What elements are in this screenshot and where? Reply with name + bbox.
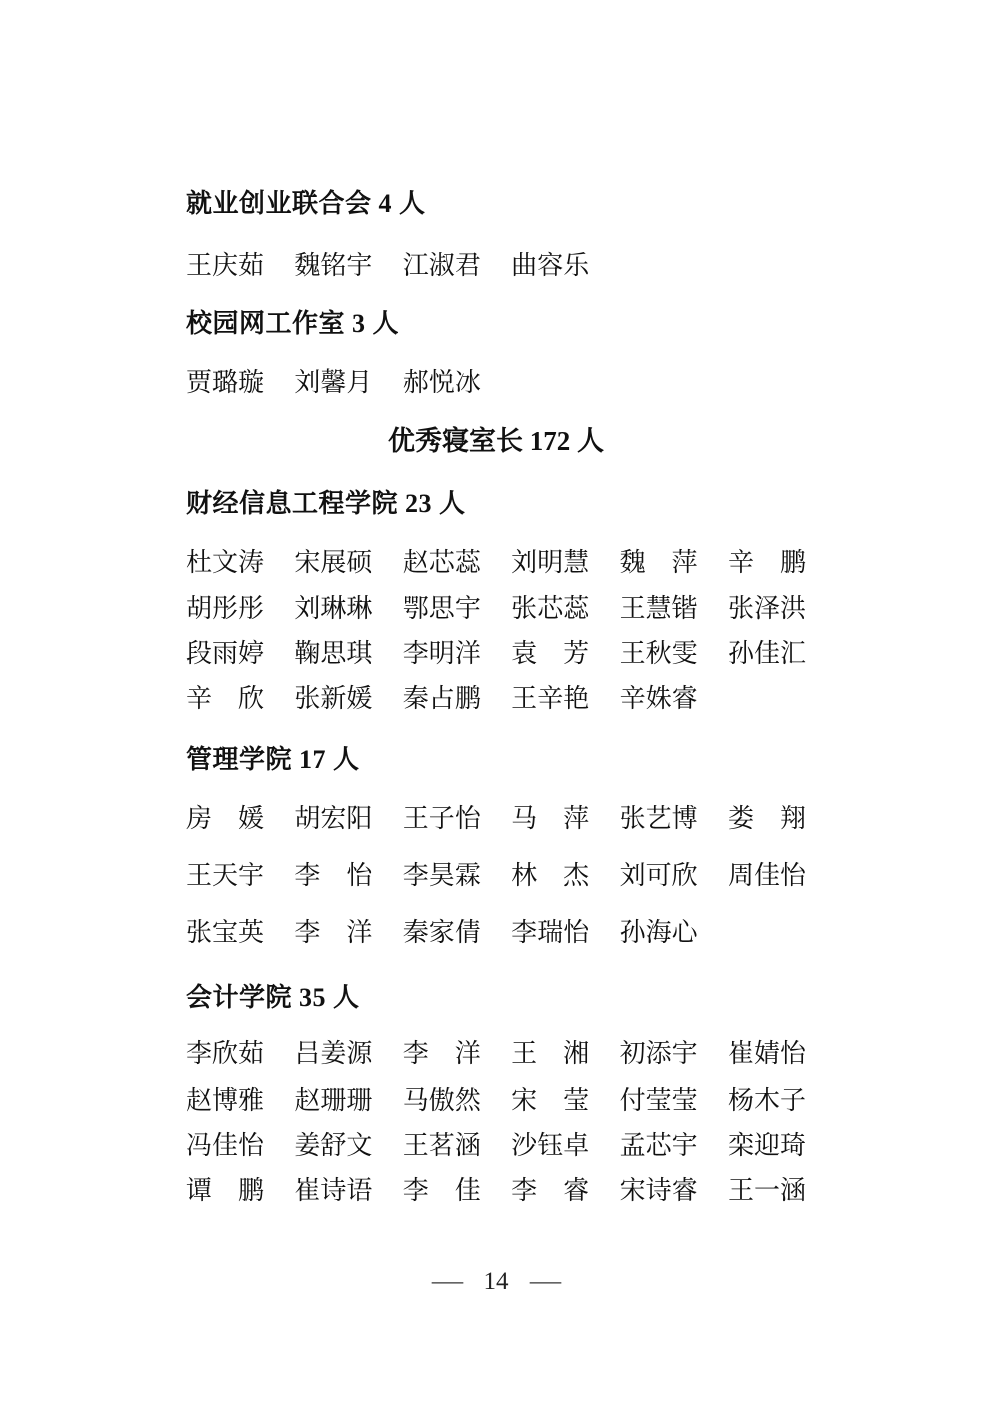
person-name: 鄂思宇 xyxy=(403,596,481,622)
person-name: 张艺博 xyxy=(620,806,698,832)
person-name: 王庆茹 xyxy=(186,253,264,279)
person-name: 张宝英 xyxy=(186,920,264,946)
name-row: 杜文涛宋展硕赵芯蕊刘明慧魏萍辛鹏 xyxy=(186,550,806,576)
person-name: 王茗涵 xyxy=(403,1133,481,1159)
person-name: 胡宏阳 xyxy=(294,806,372,832)
person-name: 江淑君 xyxy=(403,253,481,279)
list-title: 优秀寝室长 172 人 xyxy=(186,428,806,455)
person-name: 赵博雅 xyxy=(186,1088,264,1114)
person-name: 曲容乐 xyxy=(511,253,589,279)
person-name: 宋诗睿 xyxy=(620,1178,698,1204)
person-name: 孟芯宇 xyxy=(620,1133,698,1159)
person-name: 栾迎琦 xyxy=(728,1133,806,1159)
person-name: 杜文涛 xyxy=(186,550,264,576)
person-name: 孙佳汇 xyxy=(728,641,806,667)
page-number: 14 xyxy=(484,1268,509,1296)
section-heading: 会计学院 35 人 xyxy=(186,985,806,1011)
person-name: 王子怡 xyxy=(403,806,481,832)
person-name: 赵芯蕊 xyxy=(403,550,481,576)
person-name: 辛欣 xyxy=(186,686,264,712)
section-heading: 就业创业联合会 4 人 xyxy=(186,191,806,217)
name-row: 胡彤彤刘琳琳鄂思宇张芯蕊王慧锴张泽洪 xyxy=(186,596,806,622)
person-name: 刘可欣 xyxy=(620,863,698,889)
person-name: 王秋雯 xyxy=(620,641,698,667)
person-name: 李洋 xyxy=(403,1041,481,1067)
section-heading: 管理学院 17 人 xyxy=(186,747,806,773)
person-name: 沙钰卓 xyxy=(511,1133,589,1159)
person-name: 冯佳怡 xyxy=(186,1133,264,1159)
person-name: 宋展硕 xyxy=(294,550,372,576)
person-name: 秦家倩 xyxy=(403,920,481,946)
person-name: 张芯蕊 xyxy=(511,596,589,622)
person-name: 贾璐璇 xyxy=(186,370,264,396)
person-name: 李睿 xyxy=(511,1178,589,1204)
person-name: 王辛艳 xyxy=(511,686,589,712)
person-name: 姜舒文 xyxy=(294,1133,372,1159)
person-name: 李明洋 xyxy=(403,641,481,667)
name-row: 谭鹏崔诗语李佳李睿宋诗睿王一涵 xyxy=(186,1178,806,1204)
name-row: 李欣茹吕姜源李洋王湘初添宇崔婧怡 xyxy=(186,1041,806,1067)
person-name: 李昊霖 xyxy=(403,863,481,889)
person-name: 崔诗语 xyxy=(294,1178,372,1204)
person-name: 秦占鹏 xyxy=(403,686,481,712)
person-name: 李佳 xyxy=(403,1178,481,1204)
person-name: 初添宇 xyxy=(620,1041,698,1067)
document-page: 就业创业联合会 4 人王庆茹魏铭宇江淑君曲容乐校园网工作室 3 人贾璐璇刘馨月郝… xyxy=(0,0,999,1414)
person-name: 王湘 xyxy=(511,1041,589,1067)
person-name: 张新媛 xyxy=(294,686,372,712)
person-name: 刘琳琳 xyxy=(294,596,372,622)
footer-dash-right: — xyxy=(529,1268,560,1296)
person-name: 娄翔 xyxy=(728,806,806,832)
name-row: 王天宇李怡李昊霖林杰刘可欣周佳怡 xyxy=(186,863,806,889)
person-name: 宋莹 xyxy=(511,1088,589,1114)
person-name: 杨木子 xyxy=(728,1088,806,1114)
footer-dash-left: — xyxy=(431,1268,462,1296)
name-row: 贾璐璇刘馨月郝悦冰 xyxy=(186,370,806,396)
person-name: 付莹莹 xyxy=(620,1088,698,1114)
person-name: 魏铭宇 xyxy=(294,253,372,279)
name-row: 赵博雅赵珊珊马傲然宋莹付莹莹杨木子 xyxy=(186,1088,806,1114)
person-name: 李洋 xyxy=(294,920,372,946)
person-name: 王一涵 xyxy=(728,1178,806,1204)
name-row: 辛欣张新媛秦占鹏王辛艳辛姝睿 xyxy=(186,686,806,712)
person-name: 房媛 xyxy=(186,806,264,832)
person-name: 王慧锴 xyxy=(620,596,698,622)
person-name: 马萍 xyxy=(511,806,589,832)
person-name: 赵珊珊 xyxy=(294,1088,372,1114)
person-name: 胡彤彤 xyxy=(186,596,264,622)
person-name: 辛鹏 xyxy=(728,550,806,576)
person-name: 周佳怡 xyxy=(728,863,806,889)
person-name: 魏萍 xyxy=(620,550,698,576)
person-name: 崔婧怡 xyxy=(728,1041,806,1067)
person-name: 刘馨月 xyxy=(294,370,372,396)
section-heading: 财经信息工程学院 23 人 xyxy=(186,491,806,517)
person-name: 刘明慧 xyxy=(511,550,589,576)
name-row: 王庆茹魏铭宇江淑君曲容乐 xyxy=(186,253,806,279)
person-name: 袁芳 xyxy=(511,641,589,667)
page-footer: — 14 — xyxy=(186,1268,806,1296)
person-name: 张泽洪 xyxy=(728,596,806,622)
person-name: 马傲然 xyxy=(403,1088,481,1114)
person-name: 林杰 xyxy=(511,863,589,889)
section-heading: 校园网工作室 3 人 xyxy=(186,311,806,337)
person-name: 谭鹏 xyxy=(186,1178,264,1204)
person-name: 吕姜源 xyxy=(294,1041,372,1067)
person-name: 鞠思琪 xyxy=(294,641,372,667)
person-name: 孙海心 xyxy=(620,920,698,946)
name-row: 房媛胡宏阳王子怡马萍张艺博娄翔 xyxy=(186,806,806,832)
name-row: 张宝英李洋秦家倩李瑞怡孙海心 xyxy=(186,920,806,946)
name-row: 冯佳怡姜舒文王茗涵沙钰卓孟芯宇栾迎琦 xyxy=(186,1133,806,1159)
person-name: 辛姝睿 xyxy=(620,686,698,712)
person-name: 李瑞怡 xyxy=(511,920,589,946)
person-name: 郝悦冰 xyxy=(403,370,481,396)
name-row: 段雨婷鞠思琪李明洋袁芳王秋雯孙佳汇 xyxy=(186,641,806,667)
person-name: 李怡 xyxy=(294,863,372,889)
person-name: 段雨婷 xyxy=(186,641,264,667)
person-name: 李欣茹 xyxy=(186,1041,264,1067)
person-name: 王天宇 xyxy=(186,863,264,889)
